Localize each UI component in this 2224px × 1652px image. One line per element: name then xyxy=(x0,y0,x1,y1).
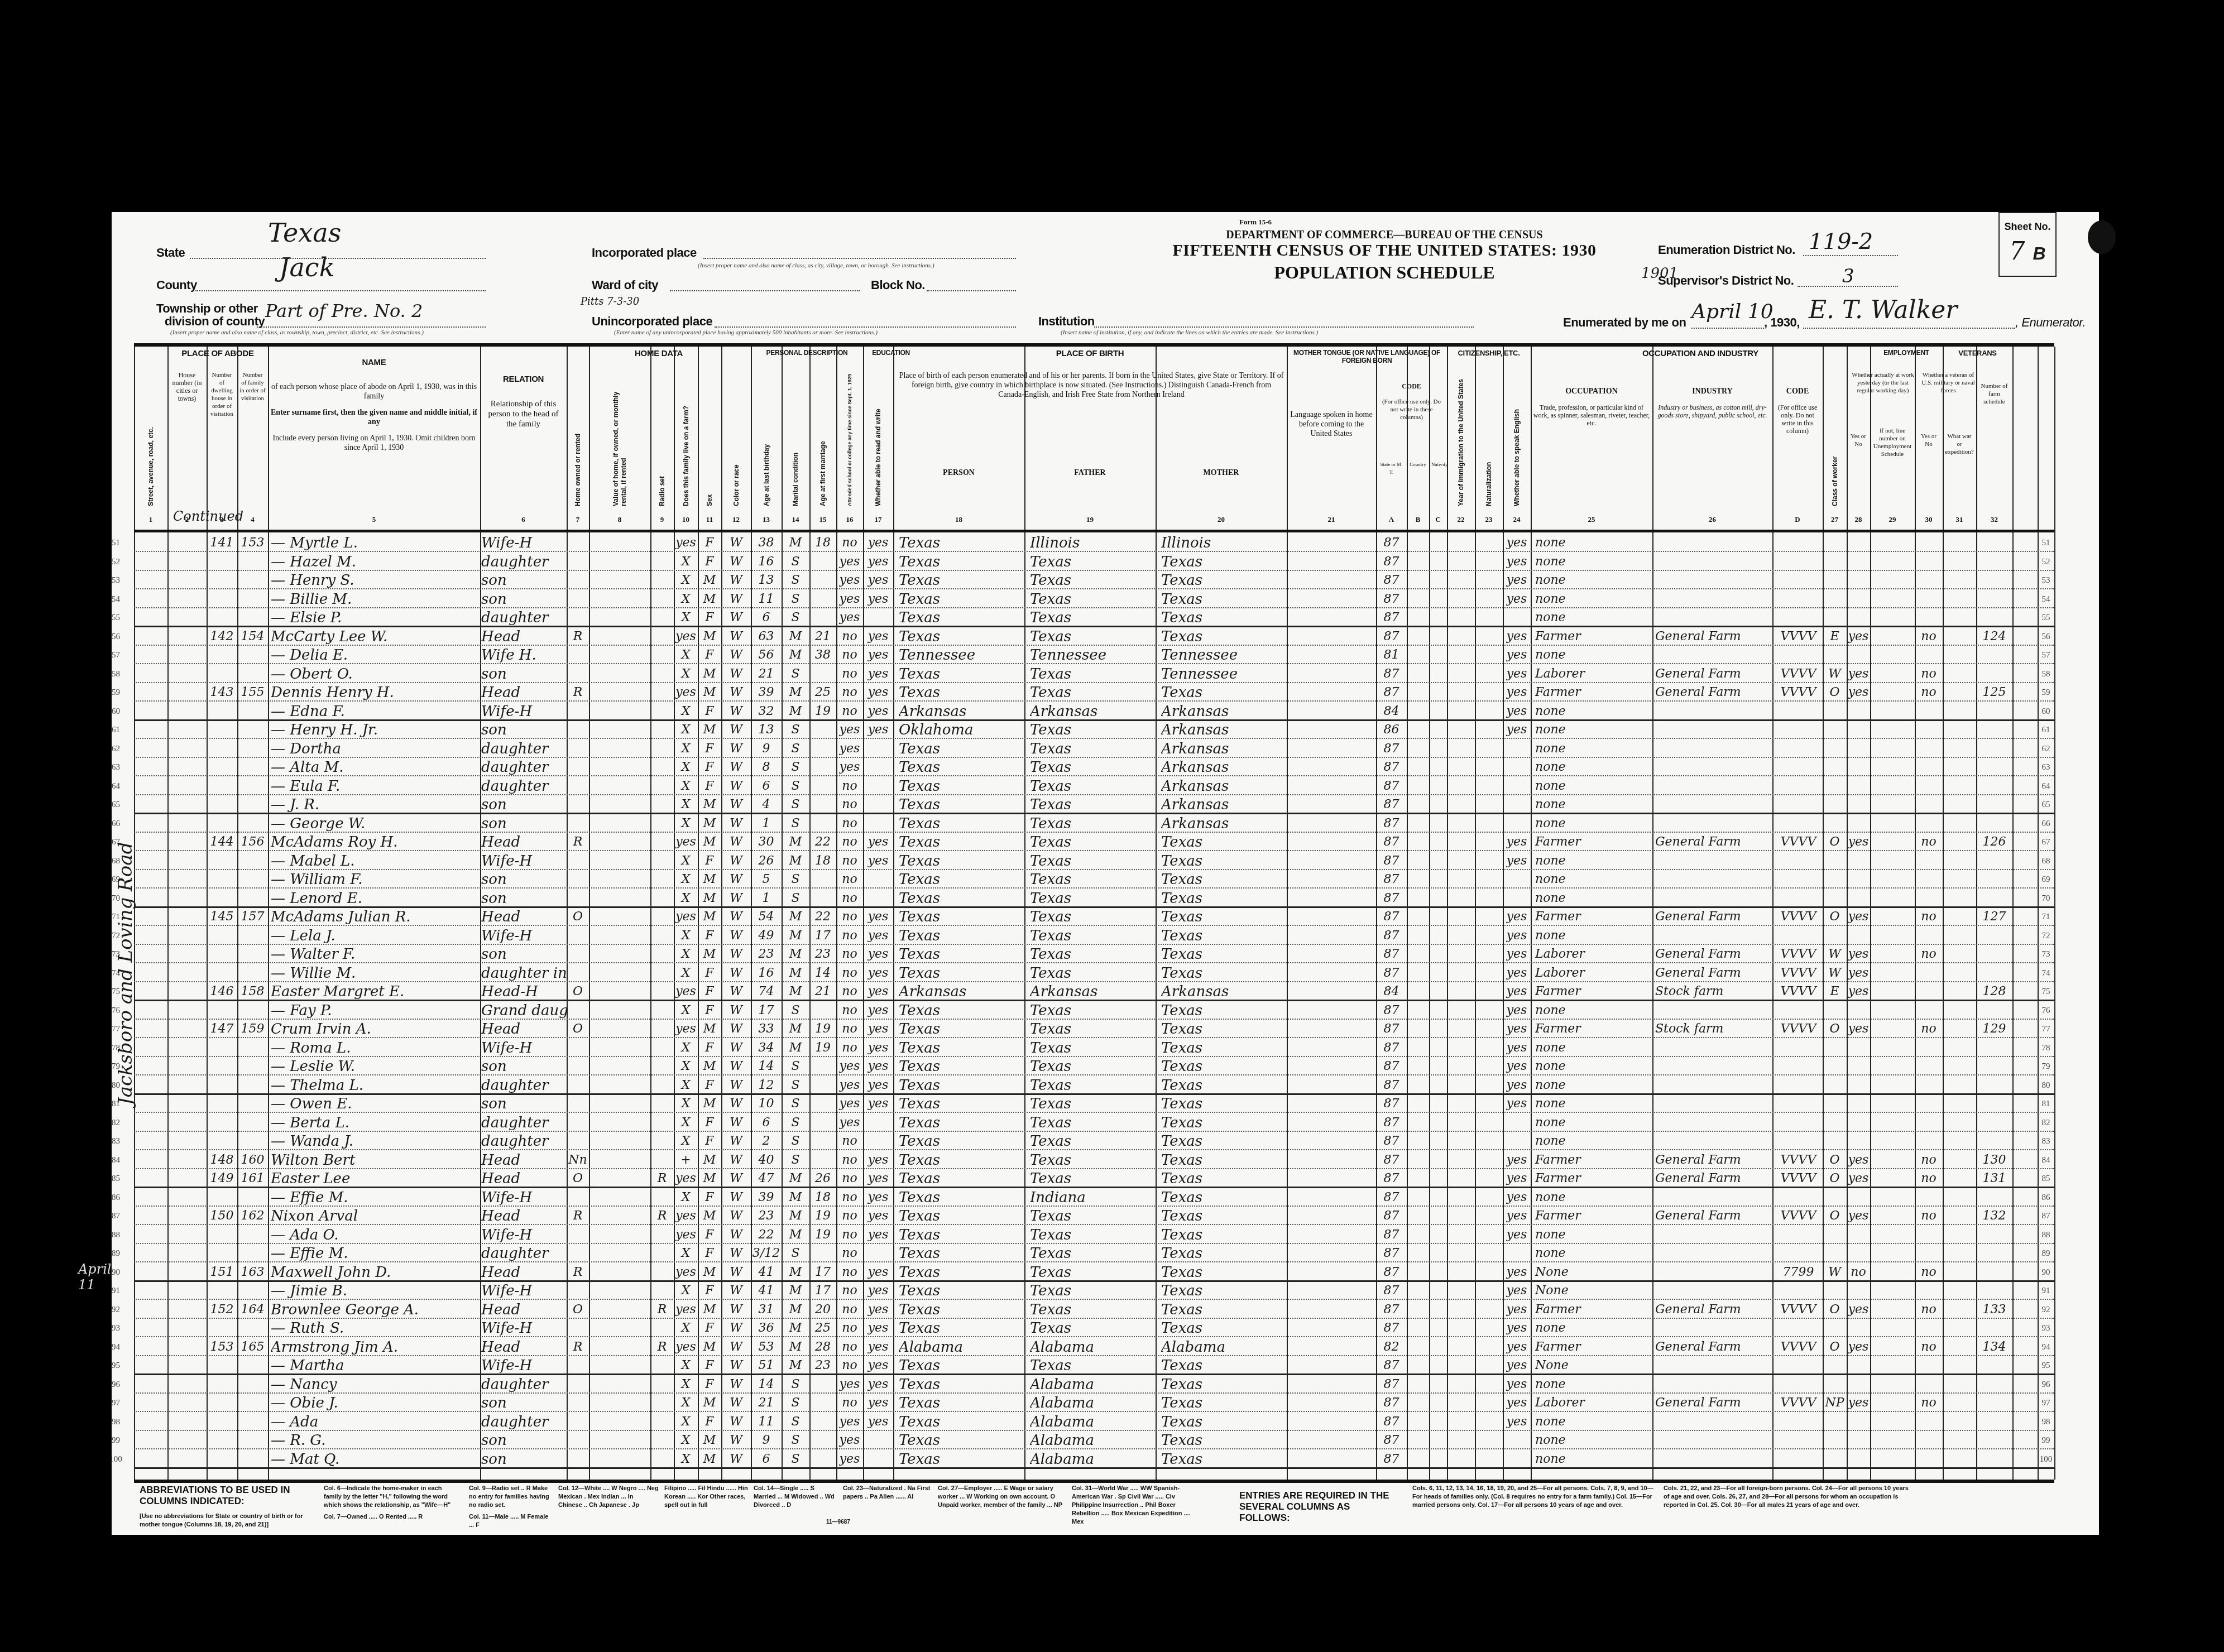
cell-state-code[interactable]: 87 xyxy=(1376,832,1407,850)
cell-industry[interactable]: General Farm xyxy=(1655,1150,1772,1168)
cell-state-code[interactable]: 87 xyxy=(1376,589,1407,607)
cell-code[interactable] xyxy=(1774,1374,1823,1392)
cell-race[interactable]: W xyxy=(721,1112,751,1131)
cell-race[interactable]: W xyxy=(721,701,751,719)
cell-sex[interactable]: F xyxy=(698,963,721,981)
cell-state-code[interactable]: 87 xyxy=(1376,1449,1407,1467)
cell-employed[interactable] xyxy=(1847,589,1870,607)
cell-employed[interactable]: yes xyxy=(1847,906,1870,925)
cell-person-birth[interactable]: Texas xyxy=(899,944,1024,962)
cell-person-birth[interactable]: Texas xyxy=(899,1280,1024,1299)
cell-name[interactable]: — Jimie B. xyxy=(271,1280,480,1299)
cell-read[interactable]: yes xyxy=(863,589,893,607)
cell-name[interactable]: — Effie M. xyxy=(271,1243,480,1261)
cell-english[interactable]: yes xyxy=(1503,719,1531,738)
cell-race[interactable]: W xyxy=(721,1374,751,1392)
cell-name[interactable]: Armstrong Jim A. xyxy=(271,1337,480,1355)
cell-radio[interactable] xyxy=(650,1187,674,1206)
cell-veteran[interactable] xyxy=(1915,532,1943,551)
cell-industry[interactable] xyxy=(1655,813,1772,832)
cell-race[interactable]: W xyxy=(721,1430,751,1448)
cell-school[interactable]: yes xyxy=(836,1411,863,1430)
cell-father-birth[interactable]: Texas xyxy=(1030,1299,1156,1318)
cell-code[interactable]: VVVV xyxy=(1774,1392,1823,1411)
cell-farm-sched[interactable]: 124 xyxy=(1976,626,2012,645)
cell-relation[interactable]: daughter xyxy=(481,607,567,626)
cell-dwelling[interactable]: 152 xyxy=(207,1299,237,1318)
cell-marital[interactable]: S xyxy=(782,1093,809,1112)
cell-race[interactable]: W xyxy=(721,1187,751,1206)
cell-occupation[interactable]: none xyxy=(1535,701,1652,719)
cell-school[interactable]: yes xyxy=(836,1449,863,1467)
cell-relation[interactable]: Head xyxy=(481,1168,567,1187)
cell-marital[interactable]: M xyxy=(782,851,809,869)
cell-school[interactable]: yes xyxy=(836,589,863,607)
cell-farm-sched[interactable] xyxy=(1976,813,2012,832)
cell-code[interactable] xyxy=(1774,701,1823,719)
cell-family[interactable] xyxy=(237,607,268,626)
cell-marital[interactable]: M xyxy=(782,1318,809,1336)
cell-family[interactable]: 160 xyxy=(237,1150,268,1168)
cell-industry[interactable] xyxy=(1655,1411,1772,1430)
cell-industry[interactable]: Stock farm xyxy=(1655,1019,1772,1037)
cell-relation[interactable]: son xyxy=(481,1430,567,1448)
cell-occupation[interactable]: none xyxy=(1535,1318,1652,1336)
cell-mother-birth[interactable]: Texas xyxy=(1161,626,1287,645)
cell-sex[interactable]: F xyxy=(698,1280,721,1299)
cell-veteran[interactable] xyxy=(1915,1355,1943,1374)
cell-owned[interactable] xyxy=(567,888,589,906)
cell-age[interactable]: 33 xyxy=(751,1019,782,1037)
cell-industry[interactable] xyxy=(1655,1093,1772,1112)
cell-marital[interactable]: S xyxy=(782,776,809,794)
table-row[interactable]: 85149161Easter LeeHeadORyesMW47M26noyesT… xyxy=(134,1168,2054,1188)
cell-state-code[interactable]: 87 xyxy=(1376,888,1407,906)
cell-english[interactable] xyxy=(1503,1243,1531,1261)
cell-dwelling[interactable]: 144 xyxy=(207,832,237,850)
cell-owned[interactable] xyxy=(567,738,589,757)
table-row[interactable]: 95— MarthaWife-HXFW51M23noyesTexasTexasT… xyxy=(134,1355,2054,1375)
cell-farm[interactable]: yes xyxy=(674,981,698,1000)
cell-person-birth[interactable]: Texas xyxy=(899,832,1024,850)
cell-english[interactable]: yes xyxy=(1503,1056,1531,1074)
cell-industry[interactable] xyxy=(1655,869,1772,887)
cell-owned[interactable] xyxy=(567,1038,589,1056)
cell-veteran[interactable] xyxy=(1915,1075,1943,1093)
cell-employed[interactable] xyxy=(1847,1075,1870,1093)
cell-father-birth[interactable]: Texas xyxy=(1030,1355,1156,1374)
cell-person-birth[interactable]: Texas xyxy=(899,1299,1024,1318)
cell-family[interactable]: 157 xyxy=(237,906,268,925)
cell-occupation[interactable]: Farmer xyxy=(1535,1206,1652,1224)
cell-relation[interactable]: daughter xyxy=(481,1243,567,1261)
cell-radio[interactable] xyxy=(650,1318,674,1336)
cell-mother-birth[interactable]: Texas xyxy=(1161,851,1287,869)
cell-read[interactable]: yes xyxy=(863,1374,893,1392)
cell-veteran[interactable]: no xyxy=(1915,1337,1943,1355)
cell-english[interactable] xyxy=(1503,1449,1531,1467)
cell-state-code[interactable]: 87 xyxy=(1376,570,1407,588)
cell-person-birth[interactable]: Texas xyxy=(899,1112,1024,1131)
cell-family[interactable] xyxy=(237,1038,268,1056)
cell-radio[interactable] xyxy=(650,794,674,813)
cell-name[interactable]: — Obie J. xyxy=(271,1392,480,1411)
cell-person-birth[interactable]: Texas xyxy=(899,869,1024,887)
cell-person-birth[interactable]: Texas xyxy=(899,1449,1024,1467)
cell-code[interactable]: VVVV xyxy=(1774,626,1823,645)
cell-read[interactable]: yes xyxy=(863,1187,893,1206)
cell-marital[interactable]: S xyxy=(782,664,809,682)
cell-state-code[interactable]: 87 xyxy=(1376,1299,1407,1318)
cell-relation[interactable]: Head xyxy=(481,1019,567,1037)
cell-code[interactable]: VVVV xyxy=(1774,963,1823,981)
table-row[interactable]: 53— Henry S.sonXMW13SyesyesTexasTexasTex… xyxy=(134,570,2054,589)
cell-dwelling[interactable] xyxy=(207,589,237,607)
cell-sex[interactable]: F xyxy=(698,1224,721,1243)
cell-owned[interactable] xyxy=(567,813,589,832)
cell-owned[interactable] xyxy=(567,944,589,962)
cell-race[interactable]: W xyxy=(721,906,751,925)
cell-veteran[interactable]: no xyxy=(1915,1168,1943,1187)
cell-race[interactable]: W xyxy=(721,1318,751,1336)
cell-school[interactable]: no xyxy=(836,944,863,962)
cell-veteran[interactable] xyxy=(1915,589,1943,607)
cell-veteran[interactable]: no xyxy=(1915,1206,1943,1224)
cell-veteran[interactable] xyxy=(1915,1056,1943,1074)
cell-name[interactable]: Easter Lee xyxy=(271,1168,480,1187)
cell-person-birth[interactable]: Texas xyxy=(899,1374,1024,1392)
table-row[interactable]: 68— Mabel L.Wife-HXFW26M18noyesTexasTexa… xyxy=(134,851,2054,870)
cell-code[interactable] xyxy=(1774,1056,1823,1074)
cell-name[interactable]: — George W. xyxy=(271,813,480,832)
cell-age[interactable]: 32 xyxy=(751,701,782,719)
cell-owned[interactable] xyxy=(567,1056,589,1074)
cell-read[interactable]: yes xyxy=(863,1168,893,1187)
cell-read[interactable]: yes xyxy=(863,1337,893,1355)
cell-person-birth[interactable]: Texas xyxy=(899,1262,1024,1280)
cell-state-code[interactable]: 87 xyxy=(1376,1038,1407,1056)
cell-owned[interactable] xyxy=(567,1243,589,1261)
cell-sex[interactable]: F xyxy=(698,1355,721,1374)
cell-radio[interactable] xyxy=(650,776,674,794)
cell-occupation[interactable]: none xyxy=(1535,1224,1652,1243)
cell-name[interactable]: — Alta M. xyxy=(271,757,480,775)
cell-sex[interactable]: M xyxy=(698,813,721,832)
cell-family[interactable]: 165 xyxy=(237,1337,268,1355)
cell-radio[interactable] xyxy=(650,869,674,887)
cell-occupation[interactable]: none xyxy=(1535,719,1652,738)
cell-sex[interactable]: F xyxy=(698,1187,721,1206)
cell-relation[interactable]: Wife-H xyxy=(481,1224,567,1243)
cell-farm[interactable]: X xyxy=(674,1318,698,1336)
cell-owned[interactable] xyxy=(567,776,589,794)
cell-race[interactable]: W xyxy=(721,925,751,944)
cell-code[interactable] xyxy=(1774,888,1823,906)
cell-employed[interactable]: yes xyxy=(1847,664,1870,682)
cell-race[interactable]: W xyxy=(721,719,751,738)
cell-occupation[interactable]: none xyxy=(1535,813,1652,832)
cell-family[interactable]: 159 xyxy=(237,1019,268,1037)
cell-occupation[interactable]: none xyxy=(1535,1187,1652,1206)
cell-code[interactable]: VVVV xyxy=(1774,1206,1823,1224)
cell-name[interactable]: Brownlee George A. xyxy=(271,1299,480,1318)
cell-owned[interactable] xyxy=(567,589,589,607)
cell-state-code[interactable]: 87 xyxy=(1376,944,1407,962)
cell-family[interactable]: 162 xyxy=(237,1206,268,1224)
cell-radio[interactable]: R xyxy=(650,1299,674,1318)
cell-relation[interactable]: son xyxy=(481,1056,567,1074)
cell-person-birth[interactable]: Texas xyxy=(899,888,1024,906)
cell-state-code[interactable]: 87 xyxy=(1376,551,1407,570)
cell-relation[interactable]: daughter xyxy=(481,757,567,775)
cell-state-code[interactable]: 87 xyxy=(1376,1093,1407,1112)
cell-age-marriage[interactable]: 19 xyxy=(809,1019,836,1037)
cell-veteran[interactable] xyxy=(1915,1224,1943,1243)
cell-employed[interactable] xyxy=(1847,1056,1870,1074)
cell-radio[interactable] xyxy=(650,1262,674,1280)
cell-veteran[interactable] xyxy=(1915,645,1943,663)
cell-class[interactable] xyxy=(1823,1280,1847,1299)
cell-relation[interactable]: daughter xyxy=(481,1112,567,1131)
cell-farm-sched[interactable] xyxy=(1976,1056,2012,1074)
cell-relation[interactable]: Wife-H xyxy=(481,1280,567,1299)
cell-read[interactable] xyxy=(863,1243,893,1261)
cell-english[interactable]: yes xyxy=(1503,1337,1531,1355)
cell-industry[interactable] xyxy=(1655,1243,1772,1261)
cell-age-marriage[interactable]: 22 xyxy=(809,906,836,925)
cell-english[interactable] xyxy=(1503,757,1531,775)
table-row[interactable]: 61— Henry H. Jr.sonXMW13SyesyesOklahomaT… xyxy=(134,719,2054,739)
cell-employed[interactable] xyxy=(1847,851,1870,869)
cell-age[interactable]: 1 xyxy=(751,813,782,832)
cell-industry[interactable] xyxy=(1655,1224,1772,1243)
cell-dwelling[interactable]: 153 xyxy=(207,1337,237,1355)
cell-english[interactable]: yes xyxy=(1503,682,1531,700)
cell-read[interactable]: yes xyxy=(863,925,893,944)
cell-person-birth[interactable]: Texas xyxy=(899,1392,1024,1411)
cell-owned[interactable] xyxy=(567,607,589,626)
cell-employed[interactable] xyxy=(1847,1243,1870,1261)
cell-state-code[interactable]: 87 xyxy=(1376,1000,1407,1019)
cell-family[interactable] xyxy=(237,1392,268,1411)
cell-age-marriage[interactable] xyxy=(809,1075,836,1093)
cell-person-birth[interactable]: Texas xyxy=(899,925,1024,944)
cell-school[interactable]: no xyxy=(836,1318,863,1336)
cell-farm[interactable]: X xyxy=(674,1280,698,1299)
cell-dwelling[interactable] xyxy=(207,963,237,981)
cell-sex[interactable]: M xyxy=(698,626,721,645)
cell-industry[interactable]: General Farm xyxy=(1655,963,1772,981)
cell-radio[interactable] xyxy=(650,944,674,962)
cell-read[interactable]: yes xyxy=(863,851,893,869)
cell-employed[interactable] xyxy=(1847,1131,1870,1149)
table-row[interactable]: 93— Ruth S.Wife-HXFW36M25noyesTexasTexas… xyxy=(134,1318,2054,1337)
cell-family[interactable] xyxy=(237,1411,268,1430)
cell-race[interactable]: W xyxy=(721,589,751,607)
cell-code[interactable] xyxy=(1774,925,1823,944)
cell-sex[interactable]: M xyxy=(698,794,721,813)
cell-read[interactable]: yes xyxy=(863,1392,893,1411)
table-row[interactable]: 69— William F.sonXMW5SnoTexasTexasTexas8… xyxy=(134,869,2054,889)
cell-state-code[interactable]: 87 xyxy=(1376,851,1407,869)
cell-state-code[interactable]: 87 xyxy=(1376,1112,1407,1131)
cell-radio[interactable] xyxy=(650,1056,674,1074)
cell-owned[interactable] xyxy=(567,1355,589,1374)
cell-english[interactable] xyxy=(1503,607,1531,626)
cell-read[interactable] xyxy=(863,607,893,626)
cell-name[interactable]: — Berta L. xyxy=(271,1112,480,1131)
cell-owned[interactable] xyxy=(567,1187,589,1206)
cell-relation[interactable]: Wife-H xyxy=(481,1038,567,1056)
cell-marital[interactable]: M xyxy=(782,1337,809,1355)
cell-family[interactable] xyxy=(237,1000,268,1019)
cell-industry[interactable] xyxy=(1655,776,1772,794)
cell-state-code[interactable]: 87 xyxy=(1376,906,1407,925)
cell-school[interactable]: no xyxy=(836,963,863,981)
cell-age-marriage[interactable]: 19 xyxy=(809,1038,836,1056)
cell-veteran[interactable] xyxy=(1915,981,1943,1000)
cell-read[interactable]: yes xyxy=(863,963,893,981)
cell-family[interactable] xyxy=(237,551,268,570)
cell-occupation[interactable]: none xyxy=(1535,1411,1652,1430)
cell-marital[interactable]: S xyxy=(782,570,809,588)
cell-father-birth[interactable]: Texas xyxy=(1030,1112,1156,1131)
cell-code[interactable]: VVVV xyxy=(1774,682,1823,700)
table-row[interactable]: 88— Ada O.Wife-HyesFW22M19noyesTexasTexa… xyxy=(134,1224,2054,1244)
cell-industry[interactable] xyxy=(1655,794,1772,813)
cell-relation[interactable]: son xyxy=(481,664,567,682)
table-row[interactable]: 51141153— Myrtle L.Wife-HyesFW38M18noyes… xyxy=(134,532,2054,552)
cell-employed[interactable] xyxy=(1847,719,1870,738)
cell-english[interactable]: yes xyxy=(1503,701,1531,719)
cell-age-marriage[interactable]: 17 xyxy=(809,1280,836,1299)
cell-father-birth[interactable]: Illinois xyxy=(1030,532,1156,551)
cell-class[interactable] xyxy=(1823,607,1847,626)
table-row[interactable]: 70— Lenord E.sonXMW1SnoTexasTexasTexas87… xyxy=(134,888,2054,908)
cell-code[interactable] xyxy=(1774,1038,1823,1056)
cell-race[interactable]: W xyxy=(721,1206,751,1224)
cell-code[interactable] xyxy=(1774,869,1823,887)
cell-school[interactable]: no xyxy=(836,813,863,832)
cell-race[interactable]: W xyxy=(721,738,751,757)
cell-dwelling[interactable] xyxy=(207,1224,237,1243)
cell-school[interactable]: no xyxy=(836,981,863,1000)
cell-age[interactable]: 6 xyxy=(751,776,782,794)
cell-age-marriage[interactable] xyxy=(809,1411,836,1430)
cell-owned[interactable] xyxy=(567,963,589,981)
cell-age[interactable]: 38 xyxy=(751,532,782,551)
cell-relation[interactable]: Wife-H xyxy=(481,701,567,719)
cell-race[interactable]: W xyxy=(721,944,751,962)
cell-state-code[interactable]: 87 xyxy=(1376,1019,1407,1037)
cell-dwelling[interactable]: 147 xyxy=(207,1019,237,1037)
cell-age-marriage[interactable] xyxy=(809,1392,836,1411)
cell-veteran[interactable] xyxy=(1915,888,1943,906)
cell-owned[interactable] xyxy=(567,1224,589,1243)
cell-industry[interactable]: General Farm xyxy=(1655,1337,1772,1355)
cell-veteran[interactable]: no xyxy=(1915,906,1943,925)
cell-farm-sched[interactable] xyxy=(1976,888,2012,906)
cell-person-birth[interactable]: Texas xyxy=(899,1075,1024,1093)
cell-school[interactable]: no xyxy=(836,1280,863,1299)
cell-father-birth[interactable]: Texas xyxy=(1030,682,1156,700)
cell-marital[interactable]: M xyxy=(782,626,809,645)
cell-marital[interactable]: M xyxy=(782,963,809,981)
cell-person-birth[interactable]: Texas xyxy=(899,813,1024,832)
cell-veteran[interactable] xyxy=(1915,1131,1943,1149)
cell-person-birth[interactable]: Texas xyxy=(899,1131,1024,1149)
cell-veteran[interactable] xyxy=(1915,1374,1943,1392)
cell-farm-sched[interactable] xyxy=(1976,1243,2012,1261)
cell-race[interactable]: W xyxy=(721,757,751,775)
cell-family[interactable]: 161 xyxy=(237,1168,268,1187)
cell-class[interactable]: O xyxy=(1823,1206,1847,1224)
cell-class[interactable] xyxy=(1823,1411,1847,1430)
cell-marital[interactable]: S xyxy=(782,1131,809,1149)
cell-english[interactable]: yes xyxy=(1503,851,1531,869)
cell-industry[interactable]: General Farm xyxy=(1655,1392,1772,1411)
cell-radio[interactable] xyxy=(650,570,674,588)
cell-dwelling[interactable] xyxy=(207,1187,237,1206)
cell-class[interactable] xyxy=(1823,757,1847,775)
cell-code[interactable] xyxy=(1774,1355,1823,1374)
cell-age-marriage[interactable] xyxy=(809,719,836,738)
cell-class[interactable]: O xyxy=(1823,906,1847,925)
cell-farm-sched[interactable] xyxy=(1976,719,2012,738)
cell-marital[interactable]: M xyxy=(782,1224,809,1243)
cell-class[interactable] xyxy=(1823,1038,1847,1056)
cell-code[interactable] xyxy=(1774,1411,1823,1430)
cell-sex[interactable]: M xyxy=(698,1019,721,1037)
cell-farm[interactable]: X xyxy=(674,1112,698,1131)
cell-farm[interactable]: X xyxy=(674,869,698,887)
cell-industry[interactable] xyxy=(1655,1318,1772,1336)
cell-read[interactable]: yes xyxy=(863,1299,893,1318)
cell-relation[interactable]: Head xyxy=(481,906,567,925)
cell-name[interactable]: — Effie M. xyxy=(271,1187,480,1206)
cell-farm-sched[interactable] xyxy=(1976,1112,2012,1131)
cell-marital[interactable]: M xyxy=(782,944,809,962)
cell-school[interactable]: yes xyxy=(836,607,863,626)
table-row[interactable]: 54— Billie M.sonXMW11SyesyesTexasTexasTe… xyxy=(134,589,2054,608)
cell-dwelling[interactable] xyxy=(207,1038,237,1056)
cell-occupation[interactable]: none xyxy=(1535,925,1652,944)
cell-school[interactable]: yes xyxy=(836,551,863,570)
cell-marital[interactable]: M xyxy=(782,682,809,700)
cell-read[interactable]: yes xyxy=(863,1280,893,1299)
cell-person-birth[interactable]: Texas xyxy=(899,682,1024,700)
cell-employed[interactable] xyxy=(1847,645,1870,663)
cell-owned[interactable] xyxy=(567,1093,589,1112)
cell-employed[interactable] xyxy=(1847,1430,1870,1448)
cell-english[interactable]: yes xyxy=(1503,1392,1531,1411)
cell-employed[interactable]: yes xyxy=(1847,944,1870,962)
cell-person-birth[interactable]: Alabama xyxy=(899,1337,1024,1355)
cell-mother-birth[interactable]: Texas xyxy=(1161,925,1287,944)
cell-person-birth[interactable]: Texas xyxy=(899,607,1024,626)
cell-radio[interactable] xyxy=(650,851,674,869)
cell-mother-birth[interactable]: Texas xyxy=(1161,1243,1287,1261)
cell-class[interactable] xyxy=(1823,701,1847,719)
cell-industry[interactable]: Stock farm xyxy=(1655,981,1772,1000)
cell-industry[interactable] xyxy=(1655,738,1772,757)
cell-name[interactable]: McAdams Julian R. xyxy=(271,906,480,925)
table-row[interactable]: 56142154McCarty Lee W.HeadRyesMW63M21noy… xyxy=(134,626,2054,646)
cell-name[interactable]: — Nancy xyxy=(271,1374,480,1392)
cell-relation[interactable]: son xyxy=(481,1449,567,1467)
cell-mother-birth[interactable]: Texas xyxy=(1161,1262,1287,1280)
cell-mother-birth[interactable]: Texas xyxy=(1161,1374,1287,1392)
